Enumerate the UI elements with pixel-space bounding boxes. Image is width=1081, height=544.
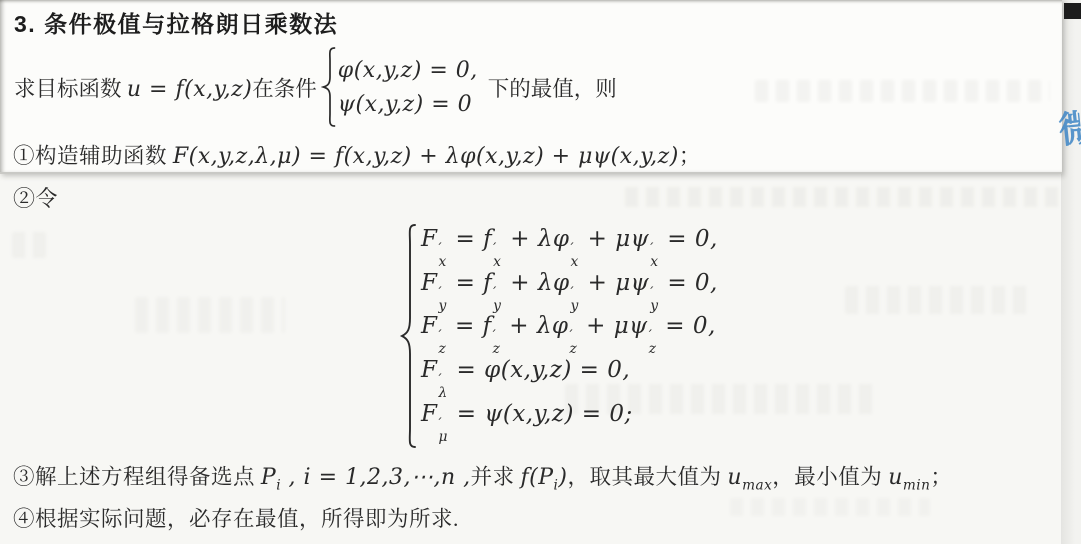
equation-Fz: F′z = f′z + λφ′z + μψ′z = 0,: [421, 313, 718, 356]
step2-let: ②令: [13, 182, 58, 213]
bleedthrough-smudge: [845, 286, 1030, 314]
condition-psi: ψ(x,y,z) = 0: [338, 92, 478, 117]
condition-cases: φ(x,y,z) = 0, ψ(x,y,z) = 0: [338, 58, 478, 117]
blue-stamp-character: 微: [1057, 107, 1081, 155]
bleedthrough-smudge: [135, 297, 285, 333]
lagrange-equation-system: F′x = f′x + λφ′x + μψ′x = 0, F′y = f′y +…: [399, 222, 718, 450]
intro-text-before: 求目标函数 u = f(x,y,z)在条件: [14, 72, 317, 103]
section-title: 3. 条件极值与拉格朗日乘数法: [14, 6, 338, 39]
step3-solve-system: ③解上述方程组得备选点 Pi , i = 1,2,3,⋯,n ,并求 f(Pi)…: [13, 460, 952, 493]
bleedthrough-smudge: [565, 384, 875, 414]
bleedthrough-smudge: [755, 80, 1050, 102]
equation-Fy: F′y = f′y + λφ′y + μψ′y = 0,: [421, 270, 718, 313]
cases-brace: [321, 46, 336, 128]
intro-text-after: 下的最值，则: [488, 72, 617, 103]
bleedthrough-smudge: [730, 498, 930, 516]
bleedthrough-smudge: [625, 187, 1065, 207]
objective-condition-line: 求目标函数 u = f(x,y,z)在条件 φ(x,y,z) = 0, ψ(x,…: [14, 46, 617, 128]
page-edge-shading: [1061, 0, 1081, 544]
scanned-textbook-page: 3. 条件极值与拉格朗日乘数法 求目标函数 u = f(x,y,z)在条件 φ(…: [0, 0, 1081, 544]
condition-phi: φ(x,y,z) = 0,: [338, 58, 478, 83]
system-brace: [399, 222, 417, 450]
equation-rows: F′x = f′x + λφ′x + μψ′x = 0, F′y = f′y +…: [417, 222, 718, 450]
scan-corner-mark: [1064, 3, 1081, 19]
step4-conclusion: ④根据实际问题，必存在最值，所得即为所求.: [13, 502, 459, 533]
equation-Fx: F′x = f′x + λφ′x + μψ′x = 0,: [421, 226, 718, 269]
step1-construct-function: ①构造辅助函数 F(x,y,z,λ,μ) = f(x,y,z) + λφ(x,y…: [13, 139, 701, 170]
bleedthrough-smudge: [12, 232, 46, 258]
